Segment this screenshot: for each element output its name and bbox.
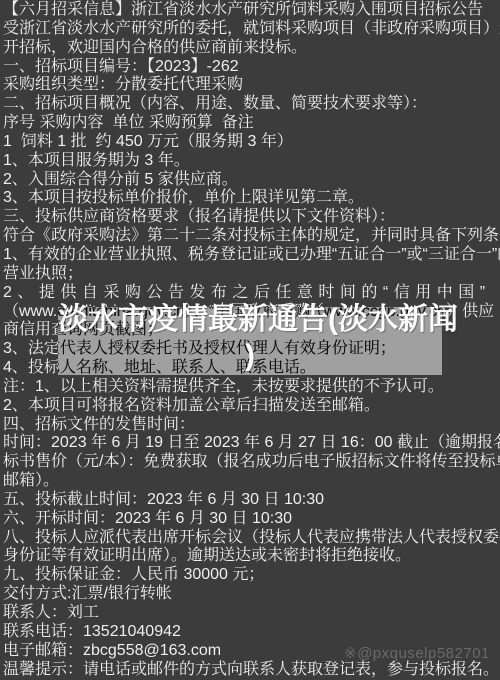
doc-line-deadline: 五、投标截止时间：2023 年 6 月 30 日 10:30 [3, 491, 498, 510]
doc-line-tip: 温馨提示：请电话或邮件的方式向联系人获取登记表，参与投标报名。 [3, 661, 498, 680]
doc-line: 身份证等有效证明出席）。逾期送达或未密封将拒绝接收。 [3, 547, 498, 566]
doc-line: 注：1、以上相关资料需提供齐全，未按要求提供的不予认可。 [3, 378, 498, 397]
overlay-title: 淡水市疫情最新通告(淡水新闻 ) [58, 302, 442, 374]
doc-line-table-row: 1 饲料 1 批 约 450 万元（服务期 3 年） [3, 133, 498, 152]
doc-line: 标书售价（元/本）：免费获取（报名成功后电子版招标文件将传至投标单位报名 [3, 453, 498, 472]
doc-line: 2、入围综合得分前 5 家供应商。 [3, 171, 498, 190]
doc-line: 八、投标人应派代表出席开标会议（投标人代表应携带法人代表授权委托书及 [3, 529, 498, 548]
doc-line-payment: 交付方式:汇票/银行转帐 [3, 585, 498, 604]
doc-line: 符合《政府采购法》第二十二条对投标主体的规定，并同时具备下列条件： [3, 227, 498, 246]
doc-line-section-3: 三、投标供应商资格要求（报名请提供以下文件资料）： [3, 208, 498, 227]
doc-line-project-number: 一、招标项目编号：【2023】-262 [3, 58, 498, 77]
doc-line: 2、本项目可将报名资料加盖公章后扫描发送至邮箱。 [3, 397, 498, 416]
doc-line-sale-time: 时间：2023 年 6 月 19 日至 2023 年 6 月 27 日 16：0… [3, 434, 498, 453]
doc-line-section-2: 二、招标项目概况（内容、用途、数量、简要技术要求等）： [3, 95, 498, 114]
doc-line-contact-phone: 联系电话：13521040942 [3, 623, 498, 642]
overlay-title-line2: ) [58, 338, 442, 374]
doc-line: 受浙江省淡水水产研究所的委托，就饲料采购项目（非政府采购项目）进行公 [3, 20, 498, 39]
doc-line-title: 【六月招采信息】浙江省淡水水产研究所饲料采购入围项目招标公告 [3, 1, 498, 20]
doc-line: 营业执照； [3, 265, 498, 284]
doc-line-open-time: 六、开标时间：2023 年 6 月 30 日 10:30 [3, 510, 498, 529]
doc-line-deposit: 九、投标保证金：人民币 30000 元； [3, 566, 498, 585]
doc-line-section-4: 四、招标文件的发售时间： [3, 416, 498, 435]
doc-line: 邮箱）。 [3, 472, 498, 491]
doc-line-justified: 2、提供自采购公告发布之后任意时间的“信用中国” [3, 284, 498, 303]
doc-line: 3、本项目按投标单价报价，单价上限详见第二章。 [3, 189, 498, 208]
doc-line: 开招标，欢迎国内合格的供应商前来投标。 [3, 39, 498, 58]
watermark-id: ※@pxquselp582701 [344, 644, 490, 662]
doc-line: 1、本项目服务期为 3 年。 [3, 152, 498, 171]
overlay-title-line1: 淡水市疫情最新通告(淡水新闻 [58, 302, 442, 338]
doc-line-table-header: 序号 采购内容 单位 采购预算 备注 [3, 114, 498, 133]
doc-line: 采购组织类型：分散委托代理采购 [3, 76, 498, 95]
doc-line: 1、有效的企业营业执照、税务登记证或已办理“五证合一”或“三证合一”的 [3, 246, 498, 265]
doc-line-contact-name: 联系人：刘工 [3, 604, 498, 623]
